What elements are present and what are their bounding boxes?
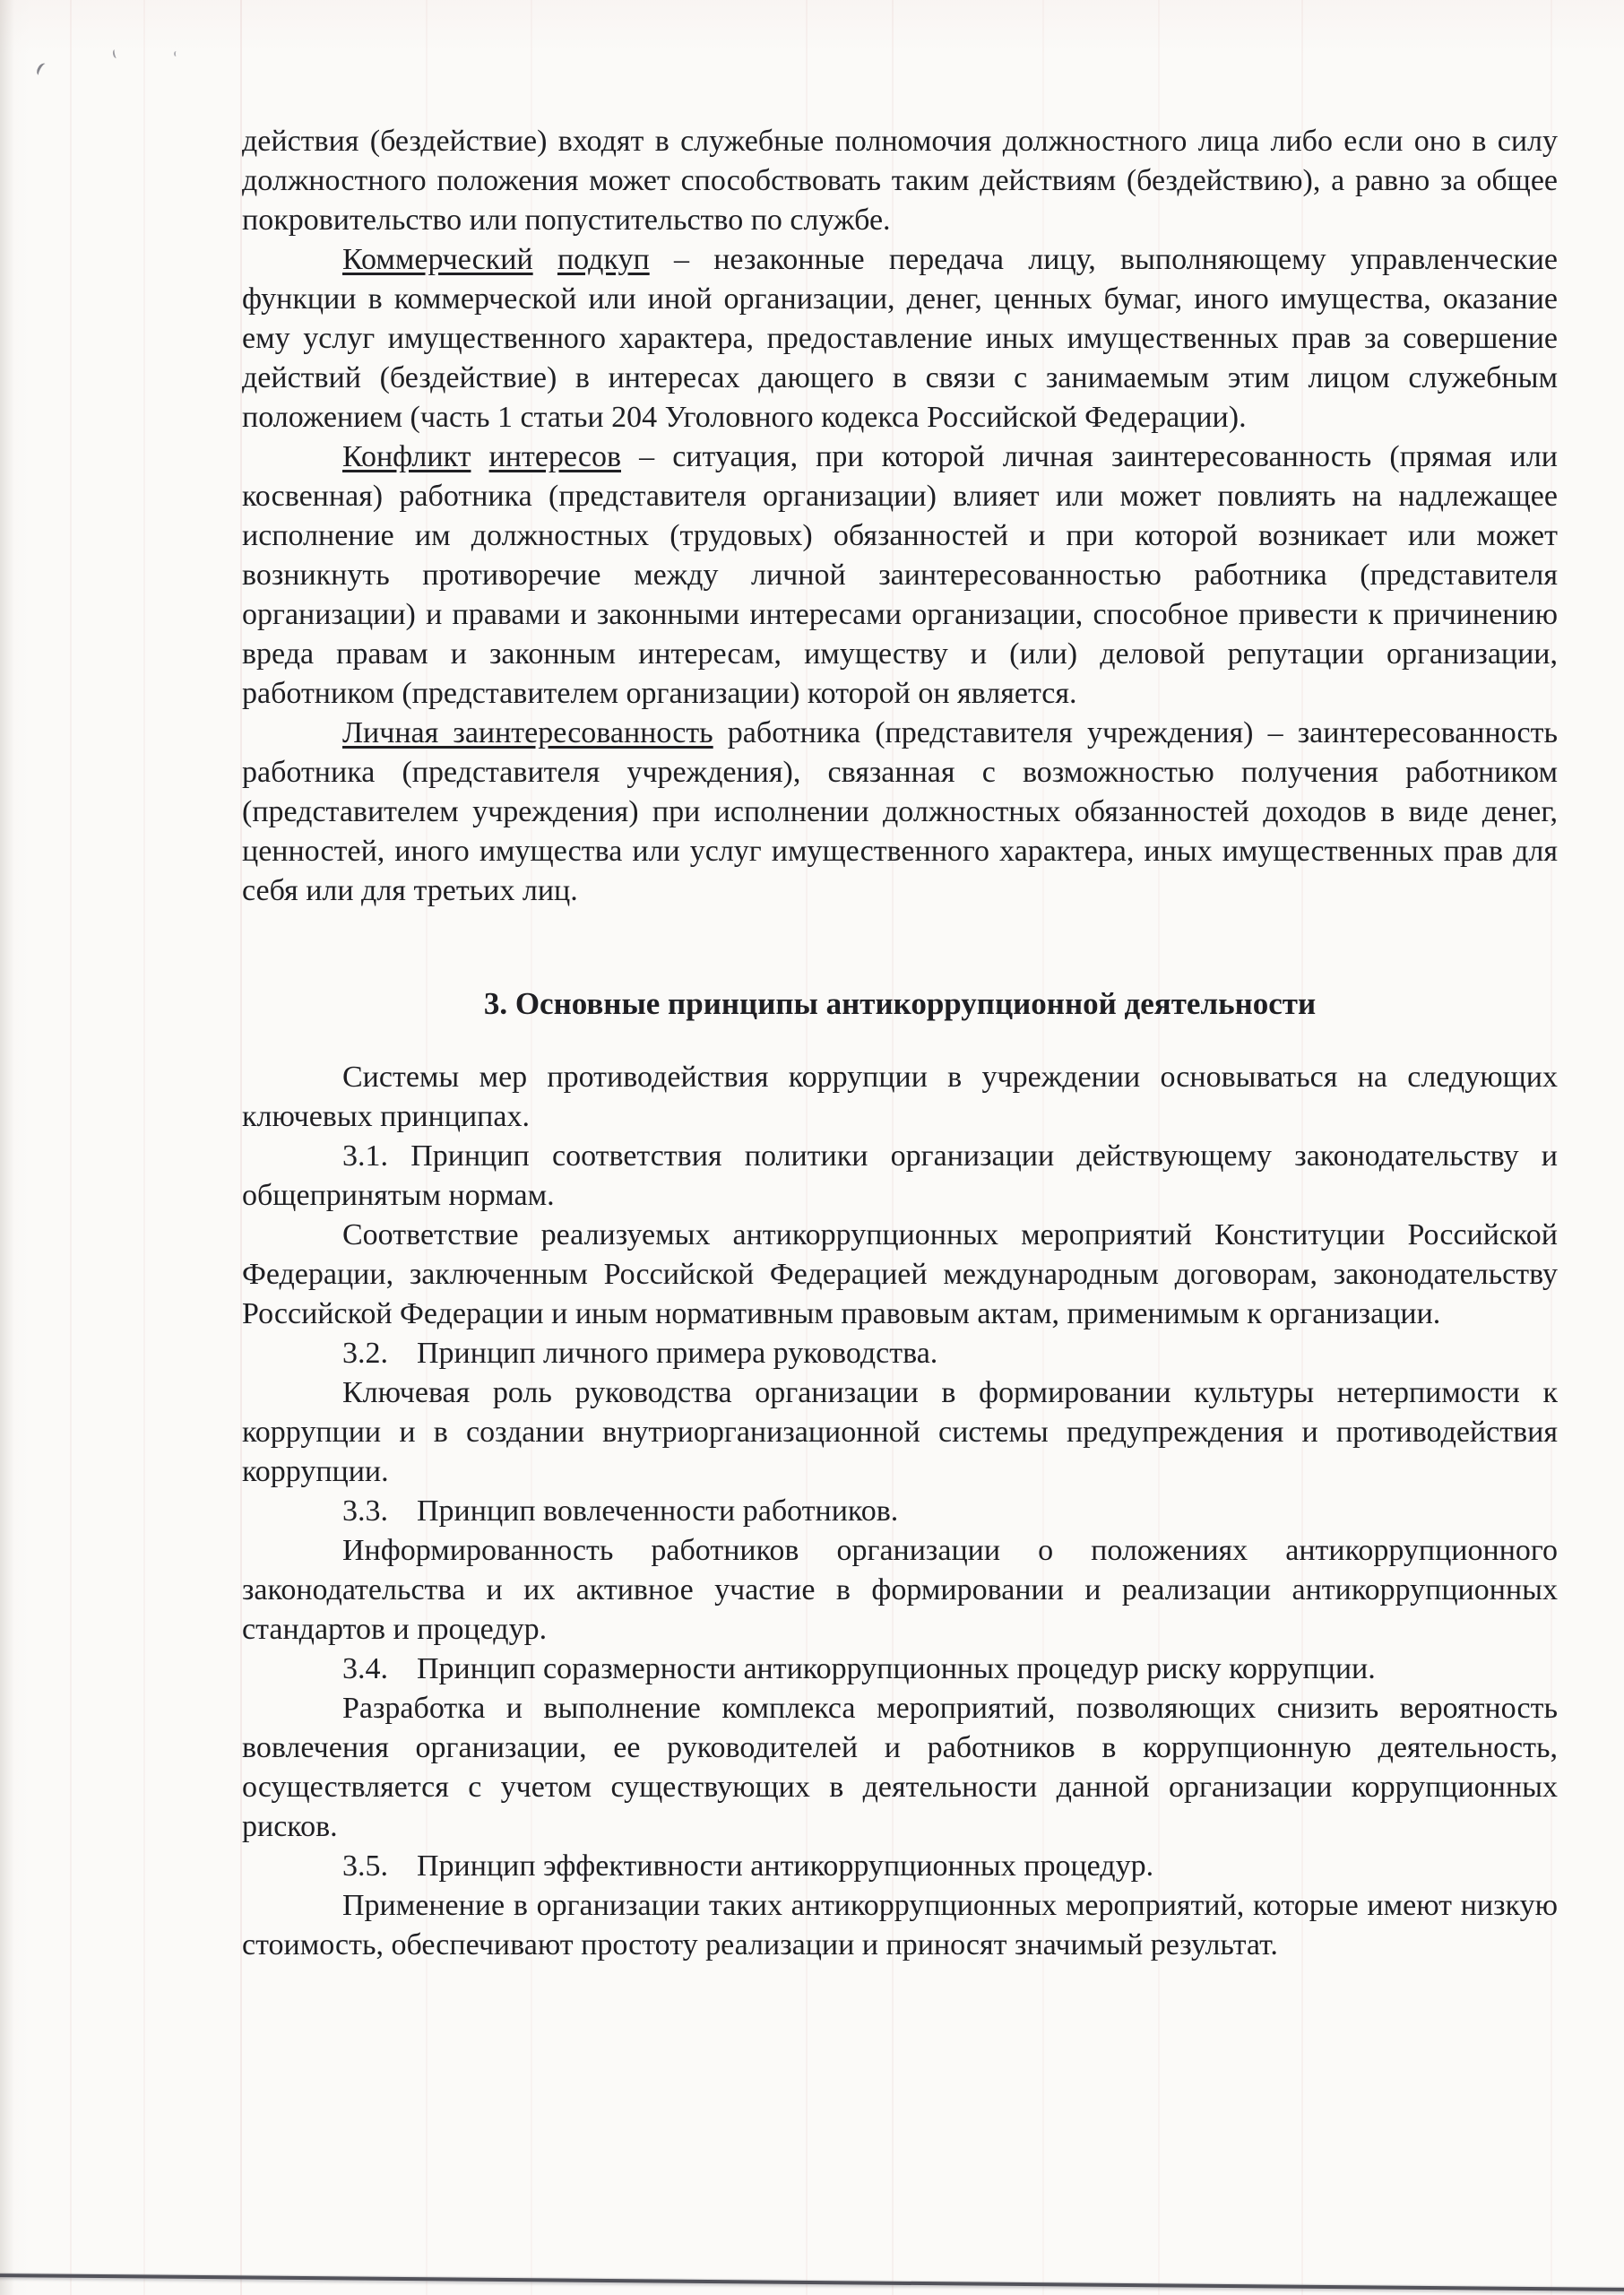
text-segment: 3.1. Принцип соответствия политики орган…: [242, 1139, 1558, 1212]
paragraph: Разработка и выполнение комплекса меропр…: [242, 1689, 1558, 1847]
paragraph: действия (бездействие) входят в служебны…: [242, 122, 1558, 240]
paragraph: 3.1. Принцип соответствия политики орган…: [242, 1137, 1558, 1216]
section-heading: 3. Основные принципы антикоррупционной д…: [242, 984, 1558, 1024]
paragraph: Применение в организации таких антикорру…: [242, 1886, 1558, 1965]
text-segment: Информированность работников организации…: [242, 1534, 1558, 1646]
text-segment: действия (бездействие) входят в служебны…: [242, 125, 1558, 237]
paragraph: Соответствие реализуемых антикоррупционн…: [242, 1216, 1558, 1334]
text-segment: Принцип соразмерности антикоррупционных …: [417, 1652, 1376, 1685]
text-segment: 3.4.: [342, 1650, 388, 1689]
text-segment: 3.5.: [342, 1847, 388, 1886]
text-segment: 3.3.: [342, 1492, 388, 1531]
paragraph: Конфликт интересов – ситуация, при котор…: [242, 437, 1558, 714]
text-segment: 3.2.: [342, 1334, 388, 1373]
paragraph: Ключевая роль руководства организации в …: [242, 1373, 1558, 1492]
text-segment: [471, 440, 488, 473]
scan-speck: [174, 51, 178, 56]
paragraph: 3.4.Принцип соразмерности антикоррупцион…: [242, 1650, 1558, 1689]
paragraph: Личная заинтересованность работника (пре…: [242, 714, 1558, 911]
text-segment: Ключевая роль руководства организации в …: [242, 1376, 1558, 1488]
scan-speck: [35, 62, 49, 78]
paragraph: Информированность работников организации…: [242, 1531, 1558, 1650]
text-segment: [533, 243, 557, 276]
text-segment: Применение в организации таких антикорру…: [242, 1889, 1558, 1962]
page-bottom-edge: [0, 2273, 1624, 2291]
text-segment: 3. Основные принципы антикоррупционной д…: [484, 986, 1316, 1021]
underlined-term: Личная заинтересованность: [342, 716, 713, 749]
underlined-term: Коммерческий: [342, 243, 533, 276]
underlined-term: Конфликт: [342, 440, 471, 473]
paragraph: 3.3.Принцип вовлеченности работников.: [242, 1492, 1558, 1531]
text-segment: Принцип эффективности антикоррупционных …: [417, 1849, 1153, 1883]
text-segment: Соответствие реализуемых антикоррупционн…: [242, 1218, 1558, 1330]
underlined-term: интересов: [489, 440, 621, 473]
text-segment: Принцип личного примера руководства.: [417, 1337, 937, 1370]
text-segment: – ситуация, при которой личная заинтерес…: [242, 440, 1558, 710]
text-segment: Разработка и выполнение комплекса меропр…: [242, 1692, 1558, 1843]
underlined-term: подкуп: [557, 243, 650, 276]
paragraph: 3.5.Принцип эффективности антикоррупцион…: [242, 1847, 1558, 1886]
scan-speck: [112, 48, 119, 58]
text-segment: Принцип вовлеченности работников.: [417, 1494, 898, 1528]
paragraph: Системы мер противодействия коррупции в …: [242, 1058, 1558, 1137]
text-column: действия (бездействие) входят в служебны…: [242, 122, 1558, 1965]
text-segment: Системы мер противодействия коррупции в …: [242, 1061, 1558, 1133]
paragraph: Коммерческий подкуп – незаконные передач…: [242, 240, 1558, 437]
paragraph: 3.2.Принцип личного примера руководства.: [242, 1334, 1558, 1373]
